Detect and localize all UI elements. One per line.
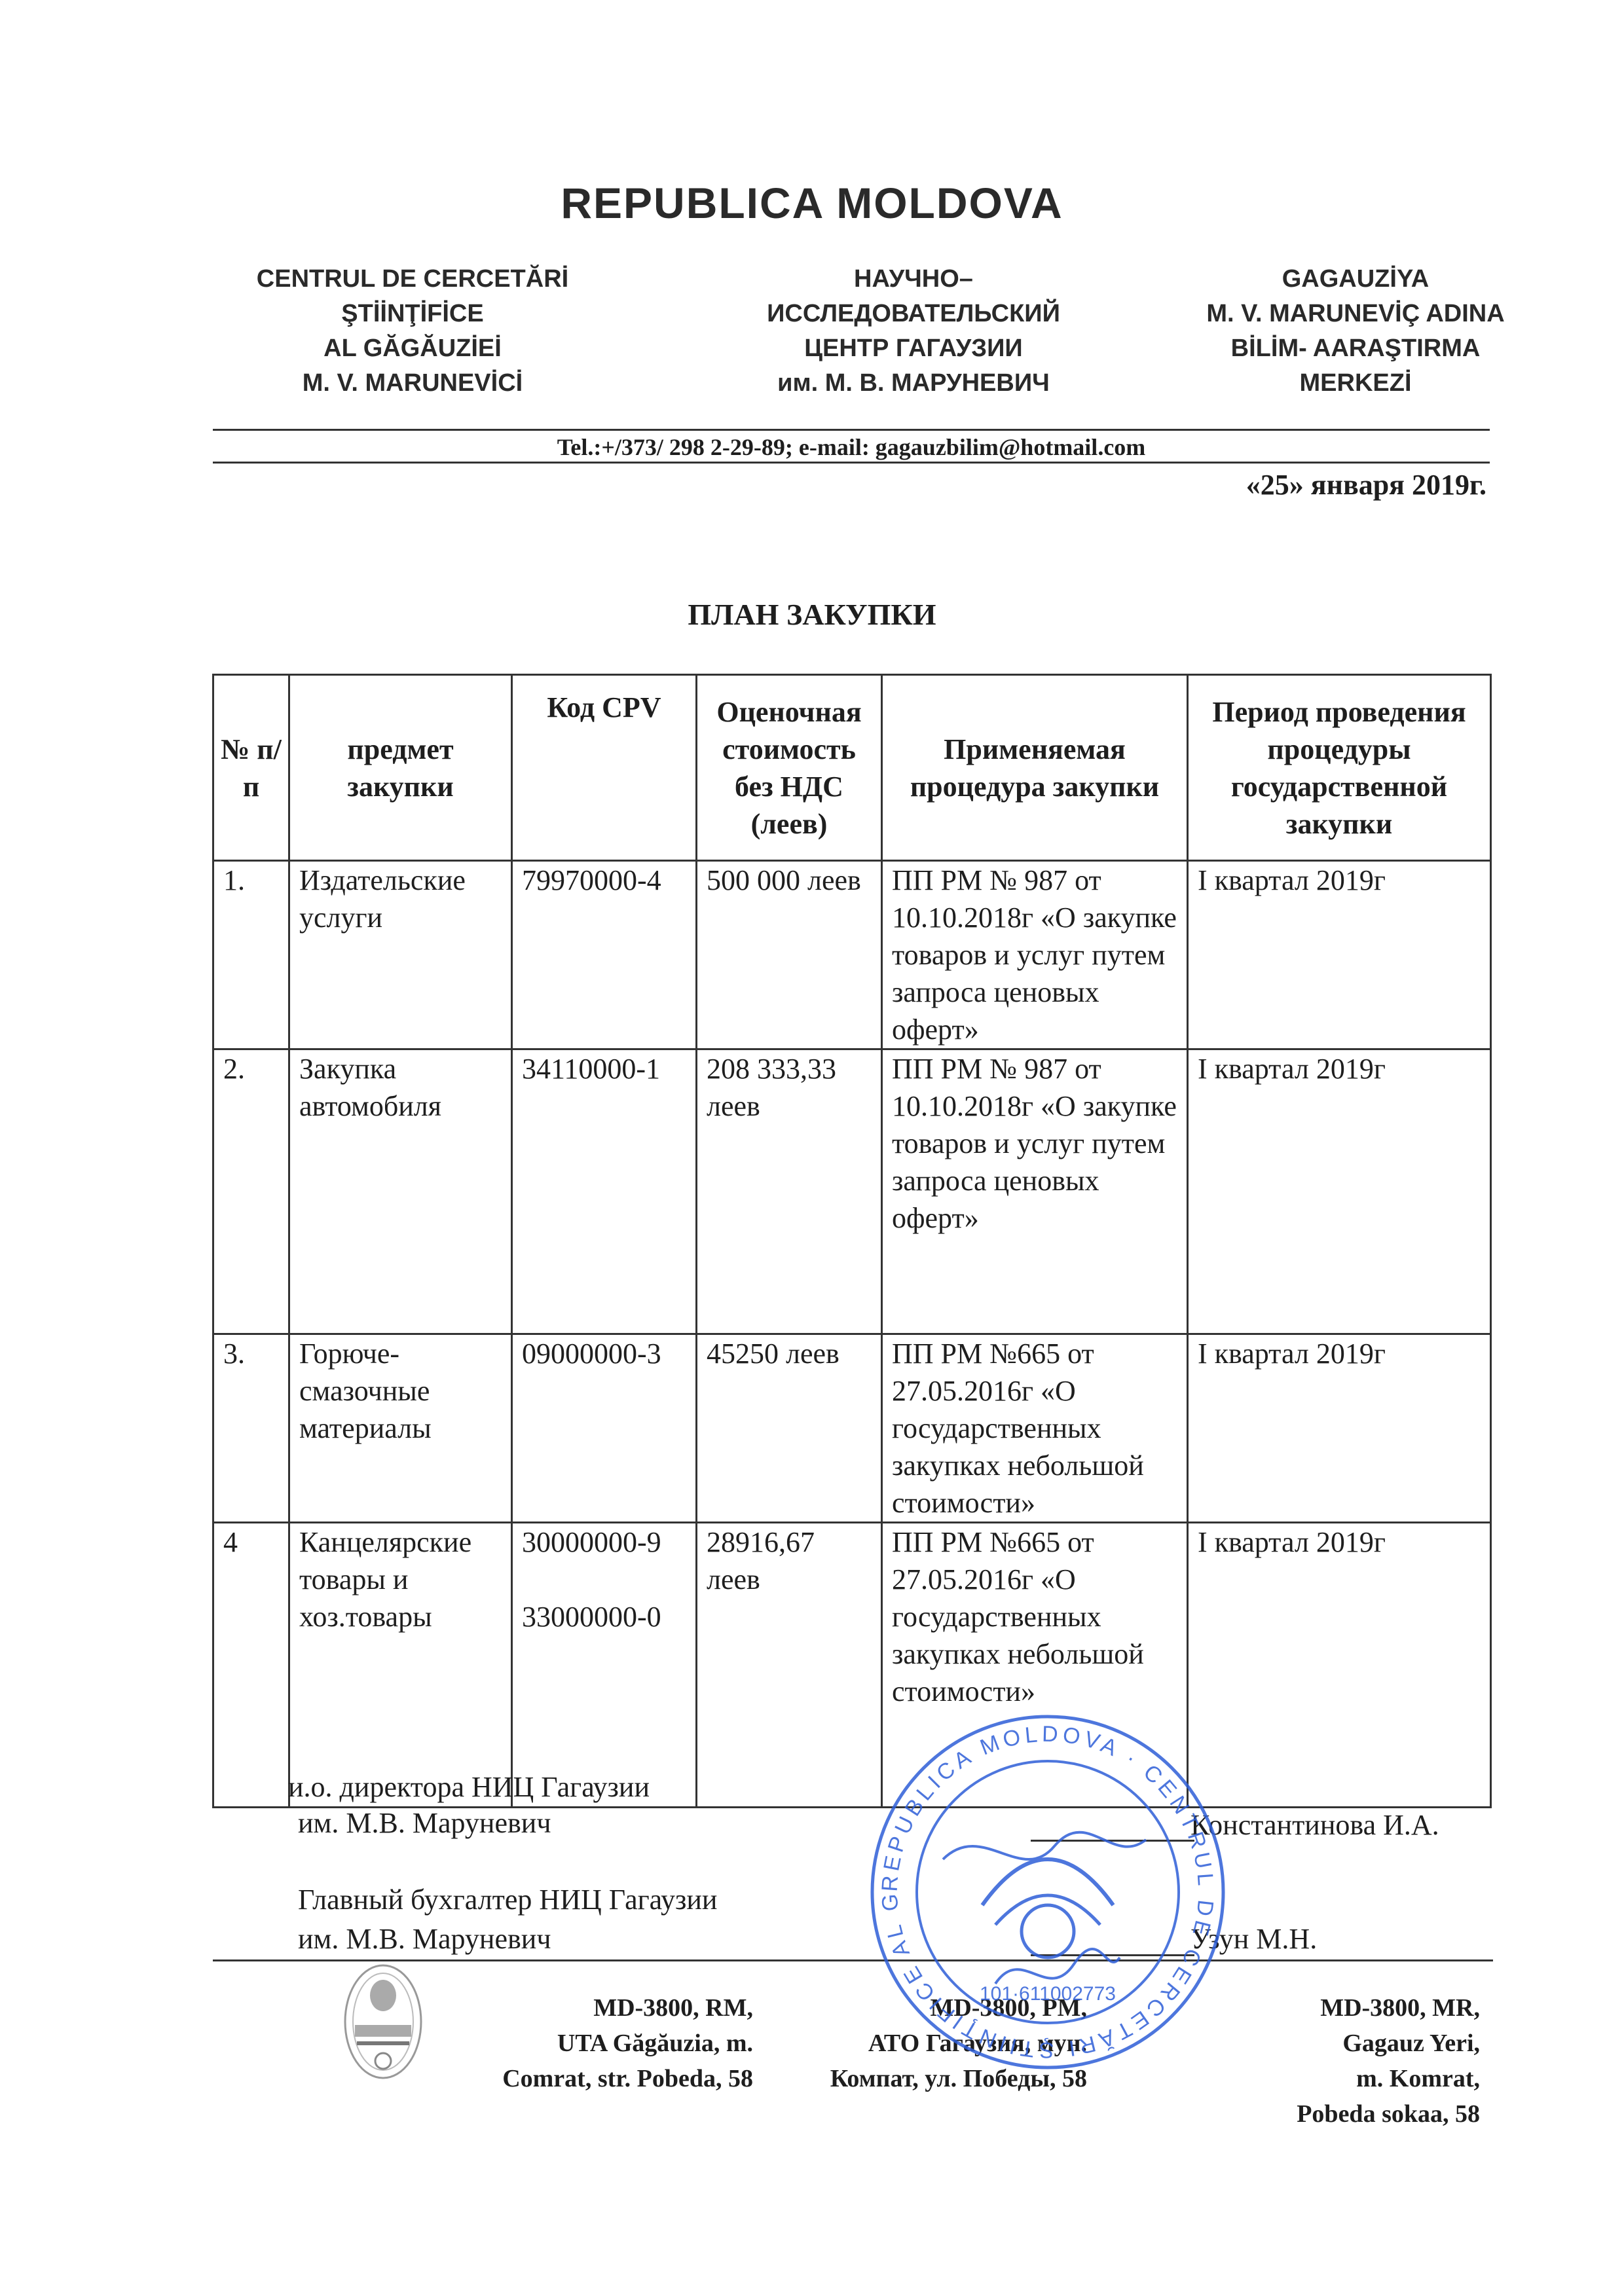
org-ga-line: MERKEZİ [1153, 366, 1559, 401]
address-line: m. Komrat, [1179, 2061, 1480, 2096]
org-ru-line: ЦЕНТР ГАГАУЗИИ [717, 331, 1110, 366]
org-ga-line: M. V. MARUNEVİÇ ADINA [1153, 297, 1559, 331]
org-name-russian: НАУЧНО– ИССЛЕДОВАТЕЛЬСКИЙ ЦЕНТР ГАГАУЗИИ… [717, 262, 1110, 401]
row-number: 2. [213, 1049, 289, 1334]
row-period: I квартал 2019г [1188, 861, 1491, 1049]
row-number: 4 [213, 1523, 289, 1808]
org-name-romanian: CENTRUL DE CERCETĂRİ ŞTİİNŢİFİCE AL GĂGĂ… [216, 262, 609, 401]
cpv-code: 30000000-9 [522, 1523, 686, 1561]
header-cost: Оценочная стоимость без НДС (леев) [697, 675, 882, 861]
org-ga-line: GAGAUZİYA [1153, 262, 1559, 297]
org-ga-line: BİLİM- AARAŞTIRMA [1153, 331, 1559, 366]
institution-logo-icon [321, 1963, 445, 2081]
row-cpv: 34110000-1 [512, 1049, 697, 1334]
address-line: Comrat, str. Pobeda, 58 [471, 2061, 753, 2096]
cpv-code: 33000000-0 [522, 1598, 686, 1635]
org-ro-line: M. V. MARUNEVİCİ [216, 366, 609, 401]
org-ro-line: ŞTİİNŢİFİCE [216, 297, 609, 331]
row-subject: Горюче-смазочные материалы [289, 1334, 512, 1523]
row-cost: 208 333,33 леев [697, 1049, 882, 1334]
row-period: I квартал 2019г [1188, 1334, 1491, 1523]
address-line: MD-3800, PM, [805, 1990, 1087, 2026]
table-header-row: № п/п предмет закупки Код CPV Оценочная … [213, 675, 1491, 861]
country-heading: REPUBLICA MOLDOVA [0, 178, 1624, 228]
row-period: I квартал 2019г [1188, 1049, 1491, 1334]
document-title: ПЛАН ЗАКУПКИ [0, 597, 1624, 632]
row-cpv: 30000000-9 33000000-0 [512, 1523, 697, 1808]
row-period: I квартал 2019г [1188, 1523, 1491, 1808]
address-romanian: MD-3800, RM, UTA Găgăuzia, m. Comrat, st… [471, 1990, 753, 2096]
header-procedure: Применяемая процедура закупки [882, 675, 1188, 861]
row-subject: Закупка автомобиля [289, 1049, 512, 1334]
row-cost: 45250 леев [697, 1334, 882, 1523]
org-ru-line: им. М. В. МАРУНЕВИЧ [717, 366, 1110, 401]
address-line: Компат, ул. Победы, 58 [805, 2061, 1087, 2096]
row-cpv: 09000000-3 [512, 1334, 697, 1523]
org-ru-line: ИССЛЕДОВАТЕЛЬСКИЙ [717, 297, 1110, 331]
director-signature-line [1031, 1840, 1194, 1842]
footer-divider [213, 1959, 1493, 1961]
header-divider-top [213, 429, 1490, 431]
row-procedure: ПП РМ № 987 от 10.10.2018г «О закупке то… [882, 861, 1188, 1049]
org-name-gagauz: GAGAUZİYA M. V. MARUNEVİÇ ADINA BİLİM- A… [1153, 262, 1559, 401]
org-ro-line: AL GĂGĂUZİEİ [216, 331, 609, 366]
row-number: 1. [213, 861, 289, 1049]
director-name: Константинова И.А. [1190, 1806, 1439, 1845]
address-line: MD-3800, MR, [1179, 1990, 1480, 2026]
row-subject: Издательские услуги [289, 861, 512, 1049]
row-subject: Канцелярские товары и хоз.товары [289, 1523, 512, 1808]
table-row: 4 Канцелярские товары и хоз.товары 30000… [213, 1523, 1491, 1808]
table-row: 1. Издательские услуги 79970000-4 500 00… [213, 861, 1491, 1049]
document-date: «25» января 2019г. [1246, 468, 1486, 501]
row-number: 3. [213, 1334, 289, 1523]
row-procedure: ПП РМ №665 от 27.05.2016г «О государстве… [882, 1523, 1188, 1808]
header-period: Период проведения процедуры государствен… [1188, 675, 1491, 861]
accountant-title: Главный бухгалтер НИЦ Гагаузии [298, 1880, 717, 1920]
address-line: UTA Găgăuzia, m. [471, 2026, 753, 2061]
row-procedure: ПП РМ № 987 от 10.10.2018г «О закупке то… [882, 1049, 1188, 1334]
row-procedure: ПП РМ №665 от 27.05.2016г «О государстве… [882, 1334, 1188, 1523]
header-cpv: Код CPV [512, 675, 697, 861]
org-ro-line: CENTRUL DE CERCETĂRİ [216, 262, 609, 297]
header-number: № п/п [213, 675, 289, 861]
address-line: Gagauz Yeri, [1179, 2026, 1480, 2061]
org-ru-line: НАУЧНО– [717, 262, 1110, 297]
table-row: 3. Горюче-смазочные материалы 09000000-3… [213, 1334, 1491, 1523]
accountant-org: им. М.В. Маруневич [298, 1920, 551, 1959]
table-row: 2. Закупка автомобиля 34110000-1 208 333… [213, 1049, 1491, 1334]
address-line: Pobeda sokaa, 58 [1179, 2096, 1480, 2132]
row-cost: 28916,67 леев [697, 1523, 882, 1808]
director-org: им. М.В. Маруневич [298, 1804, 551, 1843]
row-cost: 500 000 леев [697, 861, 882, 1049]
address-russian: MD-3800, PM, АТО Гагаузия, мун. Компат, … [805, 1990, 1087, 2096]
accountant-name: Узун М.Н. [1190, 1920, 1317, 1959]
header-subject: предмет закупки [289, 675, 512, 861]
row-cpv: 79970000-4 [512, 861, 697, 1049]
accountant-signature-line [1031, 1954, 1194, 1956]
address-line: MD-3800, RM, [471, 1990, 753, 2026]
address-line: АТО Гагаузия, мун. [805, 2026, 1087, 2061]
contact-info: Tel.:+/373/ 298 2-29-89; e-mail: gagauzb… [213, 433, 1490, 461]
procurement-plan-table: № п/п предмет закупки Код CPV Оценочная … [212, 674, 1492, 1808]
director-title: и.о. директора НИЦ Гагаузии [288, 1768, 650, 1807]
header-divider-bottom [213, 462, 1490, 464]
address-gagauz: MD-3800, MR, Gagauz Yeri, m. Komrat, Pob… [1179, 1990, 1480, 2132]
